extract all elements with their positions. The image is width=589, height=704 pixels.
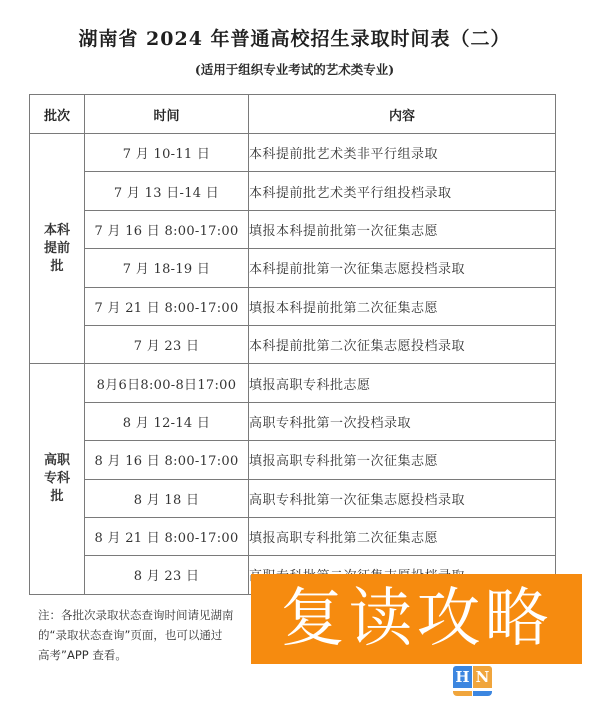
content-cell: 填报本科提前批第一次征集志愿 <box>249 210 556 248</box>
time-cell: 7 月 21 日 8:00-17:00 <box>85 287 249 325</box>
time-cell: 8 月 18 日 <box>85 479 249 517</box>
document-subtitle: (适用于组织专业考试的艺术类专业) <box>0 60 589 78</box>
content-cell: 填报高职专科批第一次征集志愿 <box>249 441 556 479</box>
document-title: 湖南省 2024 年普通高校招生录取时间表（二） <box>0 24 589 51</box>
hn-logo-icon: H N <box>451 664 495 700</box>
time-cell: 7 月 23 日 <box>85 325 249 363</box>
header-time: 时间 <box>85 95 249 134</box>
logo-letter-h: H <box>453 668 472 686</box>
header-content: 内容 <box>249 95 556 134</box>
header-batch: 批次 <box>30 95 85 134</box>
batch-cell-undergraduate-early: 本科提前批 <box>30 134 85 364</box>
content-cell: 填报高职专科批第二次征集志愿 <box>249 517 556 555</box>
content-cell: 高职专科批第一次征集志愿投档录取 <box>249 479 556 517</box>
batch-label: 本科提前批 <box>44 223 70 274</box>
content-cell: 本科提前批艺术类平行组投档录取 <box>249 172 556 210</box>
content-cell: 填报本科提前批第二次征集志愿 <box>249 287 556 325</box>
time-cell: 8 月 12-14 日 <box>85 402 249 440</box>
table-row: 7 月 13 日-14 日 本科提前批艺术类平行组投档录取 <box>30 172 556 210</box>
table-row: 8 月 21 日 8:00-17:00 填报高职专科批第二次征集志愿 <box>30 517 556 555</box>
time-cell: 8 月 21 日 8:00-17:00 <box>85 517 249 555</box>
content-cell: 高职专科批第一次投档录取 <box>249 402 556 440</box>
time-cell: 7 月 10-11 日 <box>85 134 249 172</box>
table-row: 8 月 12-14 日 高职专科批第一次投档录取 <box>30 402 556 440</box>
table-row: 高职专科批 8月6日8:00-8日17:00 填报高职专科批志愿 <box>30 364 556 402</box>
admission-schedule-table: 批次 时间 内容 本科提前批 7 月 10-11 日 本科提前批艺术类非平行组录… <box>29 94 556 595</box>
logo-letter-n: N <box>473 668 492 686</box>
table-row: 7 月 23 日 本科提前批第二次征集志愿投档录取 <box>30 325 556 363</box>
table-header-row: 批次 时间 内容 <box>30 95 556 134</box>
content-cell: 本科提前批第一次征集志愿投档录取 <box>249 249 556 287</box>
content-cell: 本科提前批第二次征集志愿投档录取 <box>249 325 556 363</box>
table-row: 7 月 18-19 日 本科提前批第一次征集志愿投档录取 <box>30 249 556 287</box>
content-cell: 本科提前批艺术类非平行组录取 <box>249 134 556 172</box>
table-row: 7 月 16 日 8:00-17:00 填报本科提前批第一次征集志愿 <box>30 210 556 248</box>
time-cell: 8月6日8:00-8日17:00 <box>85 364 249 402</box>
table-row: 7 月 21 日 8:00-17:00 填报本科提前批第二次征集志愿 <box>30 287 556 325</box>
table-row: 8 月 16 日 8:00-17:00 填报高职专科批第一次征集志愿 <box>30 441 556 479</box>
batch-cell-vocational: 高职专科批 <box>30 364 85 594</box>
logo-base-right <box>473 691 492 696</box>
time-cell: 7 月 13 日-14 日 <box>85 172 249 210</box>
table-row: 8 月 18 日 高职专科批第一次征集志愿投档录取 <box>30 479 556 517</box>
time-cell: 7 月 18-19 日 <box>85 249 249 287</box>
batch-label: 高职专科批 <box>44 453 70 504</box>
time-cell: 8 月 23 日 <box>85 556 249 594</box>
time-cell: 8 月 16 日 8:00-17:00 <box>85 441 249 479</box>
watermark-banner: 复读攻略 <box>251 574 582 664</box>
logo-base-left <box>453 691 472 696</box>
time-cell: 7 月 16 日 8:00-17:00 <box>85 210 249 248</box>
content-cell: 填报高职专科批志愿 <box>249 364 556 402</box>
table-row: 本科提前批 7 月 10-11 日 本科提前批艺术类非平行组录取 <box>30 134 556 172</box>
